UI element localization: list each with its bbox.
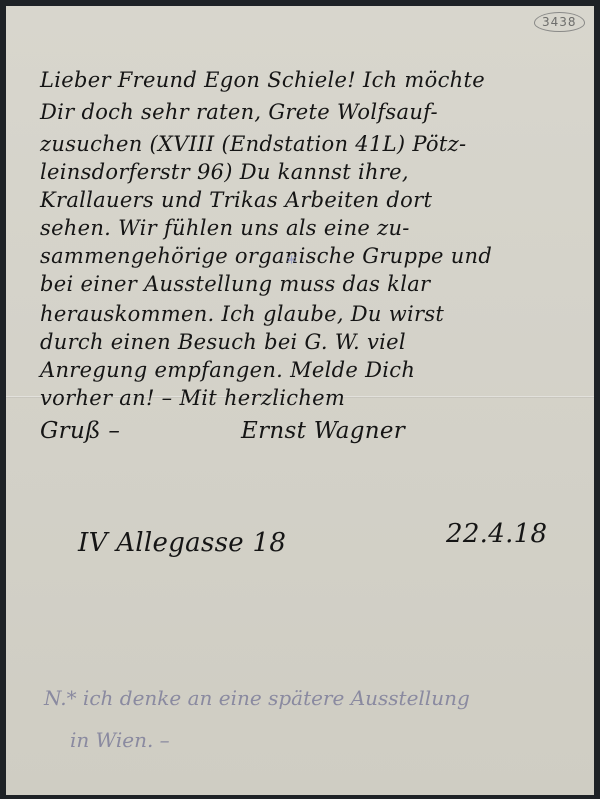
- letter-line: Lieber Freund Egon Schiele! Ich möchte: [40, 68, 485, 92]
- letter-line: zusuchen (XVIII (Endstation 41L) Pötz-: [40, 132, 466, 156]
- letter-line: Dir doch sehr raten, Grete Wolfsauf-: [40, 100, 438, 124]
- archive-number-stamp: 3438: [534, 12, 585, 32]
- letter-line: sammengehörige organische Gruppe und: [40, 244, 492, 268]
- letter-date: 22.4.18: [446, 519, 547, 549]
- pencil-note-line: N.* ich denke an eine spätere Ausstellun…: [44, 686, 470, 710]
- letter-line: Krallauers und Trikas Arbeiten dort: [40, 188, 432, 212]
- asterisk-mark: *: [287, 253, 296, 274]
- letter-line: vorher an! – Mit herzlichem: [40, 386, 345, 410]
- letter-line: herauskommen. Ich glaube, Du wirst: [40, 302, 444, 326]
- pencil-note-line: in Wien. –: [70, 728, 170, 752]
- letter-sheet: 3438 Lieber Freund Egon Schiele! Ich möc…: [6, 6, 594, 795]
- letter-line: leinsdorferstr 96) Du kannst ihre,: [40, 160, 409, 184]
- letter-line: Anregung empfangen. Melde Dich: [40, 358, 415, 382]
- letter-line: bei einer Ausstellung muss das klar: [40, 272, 430, 296]
- signature: Ernst Wagner: [241, 418, 405, 444]
- letter-line: sehen. Wir fühlen uns als eine zu-: [40, 216, 410, 240]
- letter-line: durch einen Besuch bei G. W. viel: [40, 330, 406, 354]
- letter-closing: Gruß –: [40, 418, 120, 444]
- sender-address: IV Allegasse 18: [78, 528, 286, 558]
